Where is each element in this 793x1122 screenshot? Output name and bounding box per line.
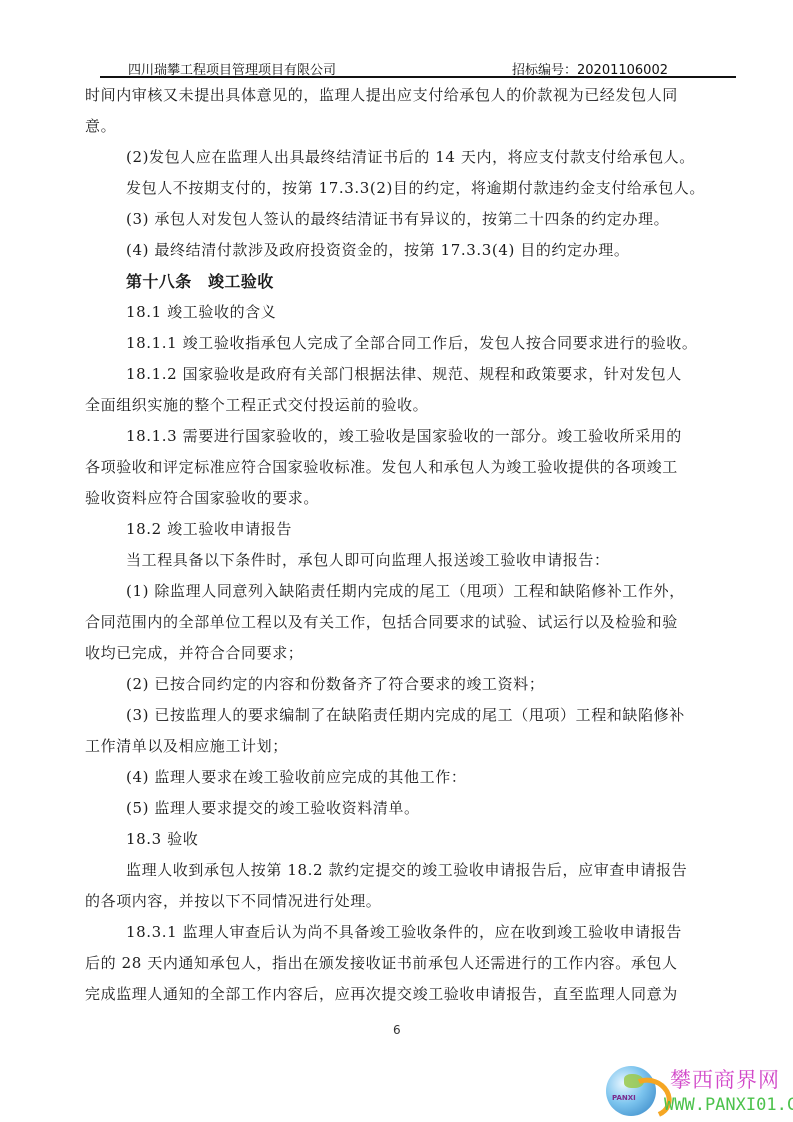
text-line: 后的 28 天内通知承包人，指出在颁发接收证书前承包人还需进行的工作内容。承包人 bbox=[85, 948, 703, 979]
subsection-title: 18.3 验收 bbox=[85, 824, 703, 855]
text-line: (3) 已按监理人的要求编制了在缺陷责任期内完成的尾工（甩项）工程和缺陷修补 bbox=[85, 700, 703, 731]
watermark-logo: PANXI 攀西商界网 WWW.PANXI01.COM bbox=[602, 1062, 792, 1120]
page-number: 6 bbox=[393, 1023, 401, 1037]
text-line: 全面组织实施的整个工程正式交付投运前的验收。 bbox=[85, 390, 703, 421]
section-heading: 第十八条 竣工验收 bbox=[85, 266, 703, 297]
text-line: 工作清单以及相应施工计划； bbox=[85, 731, 703, 762]
text-line: (2) 已按合同约定的内容和份数备齐了符合要求的竣工资料； bbox=[85, 669, 703, 700]
text-line: (3) 承包人对发包人签认的最终结清证书有异议的，按第二十四条的约定办理。 bbox=[85, 204, 703, 235]
page-header: 四川瑞攀工程项目管理项目有限公司 招标编号：20201106002 bbox=[100, 59, 736, 76]
header-divider bbox=[100, 76, 736, 78]
text-line: 收均已完成，并符合合同要求； bbox=[85, 638, 703, 669]
text-line: 18.1.1 竣工验收指承包人完成了全部合同工作后，发包人按合同要求进行的验收。 bbox=[85, 328, 703, 359]
globe-label: PANXI bbox=[612, 1094, 636, 1102]
text-line: 18.3.1 监理人审查后认为尚不具备竣工验收条件的，应在收到竣工验收申请报告 bbox=[85, 917, 703, 948]
text-line: (1) 除监理人同意列入缺陷责任期内完成的尾工（甩项）工程和缺陷修补工作外， bbox=[85, 576, 703, 607]
globe-icon: PANXI bbox=[606, 1066, 656, 1116]
text-line: 时间内审核又未提出具体意见的，监理人提出应支付给承包人的价款视为已经发包人同 bbox=[85, 80, 703, 111]
subsection-title: 18.2 竣工验收申请报告 bbox=[85, 514, 703, 545]
text-line: 完成监理人通知的全部工作内容后，应再次提交竣工验收申请报告，直至监理人同意为 bbox=[85, 979, 703, 1010]
watermark-site-name: 攀西商界网 bbox=[670, 1064, 780, 1094]
watermark-url: WWW.PANXI01.COM bbox=[664, 1095, 793, 1115]
text-line: 验收资料应符合国家验收的要求。 bbox=[85, 483, 703, 514]
subsection-title: 18.1 竣工验收的含义 bbox=[85, 297, 703, 328]
text-line: 合同范围内的全部单位工程以及有关工作，包括合同要求的试验、试运行以及检验和验 bbox=[85, 607, 703, 638]
text-line: (2)发包人应在监理人出具最终结清证书后的 14 天内，将应支付款支付给承包人。 bbox=[85, 142, 703, 173]
text-line: 18.1.3 需要进行国家验收的，竣工验收是国家验收的一部分。竣工验收所采用的 bbox=[85, 421, 703, 452]
text-line: 各项验收和评定标准应符合国家验收标准。发包人和承包人为竣工验收提供的各项竣工 bbox=[85, 452, 703, 483]
text-line: 意。 bbox=[85, 111, 703, 142]
text-line: 发包人不按期支付的，按第 17.3.3(2)目的约定，将逾期付款违约金支付给承包… bbox=[85, 173, 703, 204]
text-line: 监理人收到承包人按第 18.2 款约定提交的竣工验收申请报告后，应审查申请报告 bbox=[85, 855, 703, 886]
text-line: 的各项内容，并按以下不同情况进行处理。 bbox=[85, 886, 703, 917]
text-line: 18.1.2 国家验收是政府有关部门根据法律、规范、规程和政策要求，针对发包人 bbox=[85, 359, 703, 390]
text-line: (5) 监理人要求提交的竣工验收资料清单。 bbox=[85, 793, 703, 824]
text-line: 当工程具备以下条件时，承包人即可向监理人报送竣工验收申请报告： bbox=[85, 545, 703, 576]
document-body: 时间内审核又未提出具体意见的，监理人提出应支付给承包人的价款视为已经发包人同 意… bbox=[85, 80, 703, 1010]
text-line: (4) 最终结清付款涉及政府投资资金的，按第 17.3.3(4) 目的约定办理。 bbox=[85, 235, 703, 266]
text-line: (4) 监理人要求在竣工验收前应完成的其他工作： bbox=[85, 762, 703, 793]
